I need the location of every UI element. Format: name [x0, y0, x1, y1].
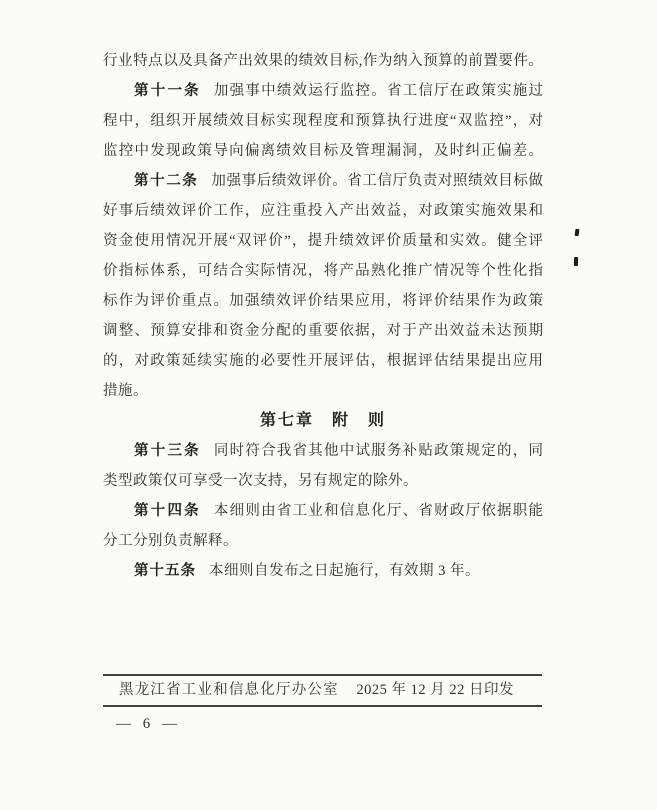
- body-line: 类型政策仅可享受一次支持，另有规定的除外。: [103, 466, 543, 496]
- body-line: 价指标体系，可结合实际情况，将产品熟化推广情况等个性化指: [103, 256, 543, 286]
- page-number: — 6 —: [116, 716, 542, 733]
- line-text: 的，对政策延续实施的必要性开展评估，根据评估结果提出应用: [103, 353, 543, 369]
- article-number: 第十四条: [134, 503, 201, 519]
- body-line: 标作为评价重点。加强绩效评价结果应用，将评价结果作为政策: [103, 286, 543, 316]
- body-line: 程中，组织开展绩效目标实现程度和预算执行进度“双监控”，对: [103, 106, 543, 136]
- chapter-heading: 第七章 附 则: [103, 406, 543, 436]
- article-number: 第十二条: [134, 173, 198, 189]
- article-number: 第十五条: [134, 563, 196, 579]
- body-line: 资金使用情况开展“双评价”，提升绩效评价质量和实效。健全评: [103, 226, 543, 256]
- article-number: 第十一条: [134, 83, 201, 99]
- body-line: 第十五条本细则自发布之日起施行，有效期 3 年。: [103, 556, 543, 586]
- body-line: 的，对政策延续实施的必要性开展评估，根据评估结果提出应用: [103, 346, 543, 376]
- document-page: 行业特点以及具备产出效果的绩效目标,作为纳入预算的前置要件。 第十一条加强事中绩…: [0, 0, 657, 810]
- line-text: 标作为评价重点。加强绩效评价结果应用，将评价结果作为政策: [103, 293, 543, 309]
- line-text: 调整、预算安排和资金分配的重要依据，对于产出效益未达预期: [103, 323, 543, 339]
- body-line: 措施。: [103, 376, 543, 406]
- line-text: 加强事中绩效运行监控。省工信厅在政策实施过: [214, 83, 543, 99]
- line-text: 资金使用情况开展“双评价”，提升绩效评价质量和实效。健全评: [103, 233, 543, 249]
- body-line: 监控中发现政策导向偏离绩效目标及管理漏洞，及时纠正偏差。: [103, 136, 543, 166]
- body-line: 第十四条本细则由省工业和信息化厅、省财政厅依据职能: [103, 496, 543, 526]
- ink-speck: [575, 229, 580, 236]
- line-text: 本细则自发布之日起施行，有效期 3 年。: [209, 563, 480, 579]
- body-line: 第十二条加强事后绩效评价。省工信厅负责对照绩效目标做: [103, 166, 543, 196]
- line-text: 类型政策仅可享受一次支持，另有规定的除外。: [103, 473, 418, 489]
- issuer-name: 黑龙江省工业和信息化厅办公室: [119, 676, 339, 705]
- body-line: 分工分别负责解释。: [103, 526, 543, 556]
- body-line: 行业特点以及具备产出效果的绩效目标,作为纳入预算的前置要件。: [103, 46, 543, 76]
- footer-rule-bottom: [103, 705, 542, 707]
- line-text: 好事后绩效评价工作，应注重投入产出效益，对政策实施效果和: [103, 203, 543, 219]
- body-line: 好事后绩效评价工作，应注重投入产出效益，对政策实施效果和: [103, 196, 543, 226]
- document-footer: 黑龙江省工业和信息化厅办公室 2025 年 12 月 22 日印发 — 6 —: [103, 674, 542, 733]
- line-text: 同时符合我省其他中试服务补贴政策规定的，同: [214, 443, 543, 459]
- line-text: 本细则由省工业和信息化厅、省财政厅依据职能: [214, 503, 543, 519]
- article-number: 第十三条: [134, 443, 201, 459]
- line-text: 加强事后绩效评价。省工信厅负责对照绩效目标做: [211, 173, 543, 189]
- line-text: 监控中发现政策导向偏离绩效目标及管理漏洞，及时纠正偏差。: [103, 143, 543, 159]
- body-line: 调整、预算安排和资金分配的重要依据，对于产出效益未达预期: [103, 316, 543, 346]
- line-text: 程中，组织开展绩效目标实现程度和预算执行进度“双监控”，对: [103, 113, 543, 129]
- print-date: 2025 年 12 月 22 日印发: [356, 676, 514, 705]
- chapter-title: 第七章 附 则: [260, 412, 386, 429]
- line-text: 价指标体系，可结合实际情况，将产品熟化推广情况等个性化指: [103, 263, 543, 279]
- document-body: 行业特点以及具备产出效果的绩效目标,作为纳入预算的前置要件。 第十一条加强事中绩…: [103, 46, 543, 586]
- line-text: 措施。: [103, 383, 148, 399]
- line-text: 分工分别负责解释。: [103, 533, 238, 549]
- footer-imprint-row: 黑龙江省工业和信息化厅办公室 2025 年 12 月 22 日印发: [103, 676, 542, 705]
- body-line: 第十三条同时符合我省其他中试服务补贴政策规定的，同: [103, 436, 543, 466]
- ink-speck: [574, 257, 578, 266]
- line-text: 行业特点以及具备产出效果的绩效目标,作为纳入预算的前置要件。: [103, 53, 543, 69]
- body-line: 第十一条加强事中绩效运行监控。省工信厅在政策实施过: [103, 76, 543, 106]
